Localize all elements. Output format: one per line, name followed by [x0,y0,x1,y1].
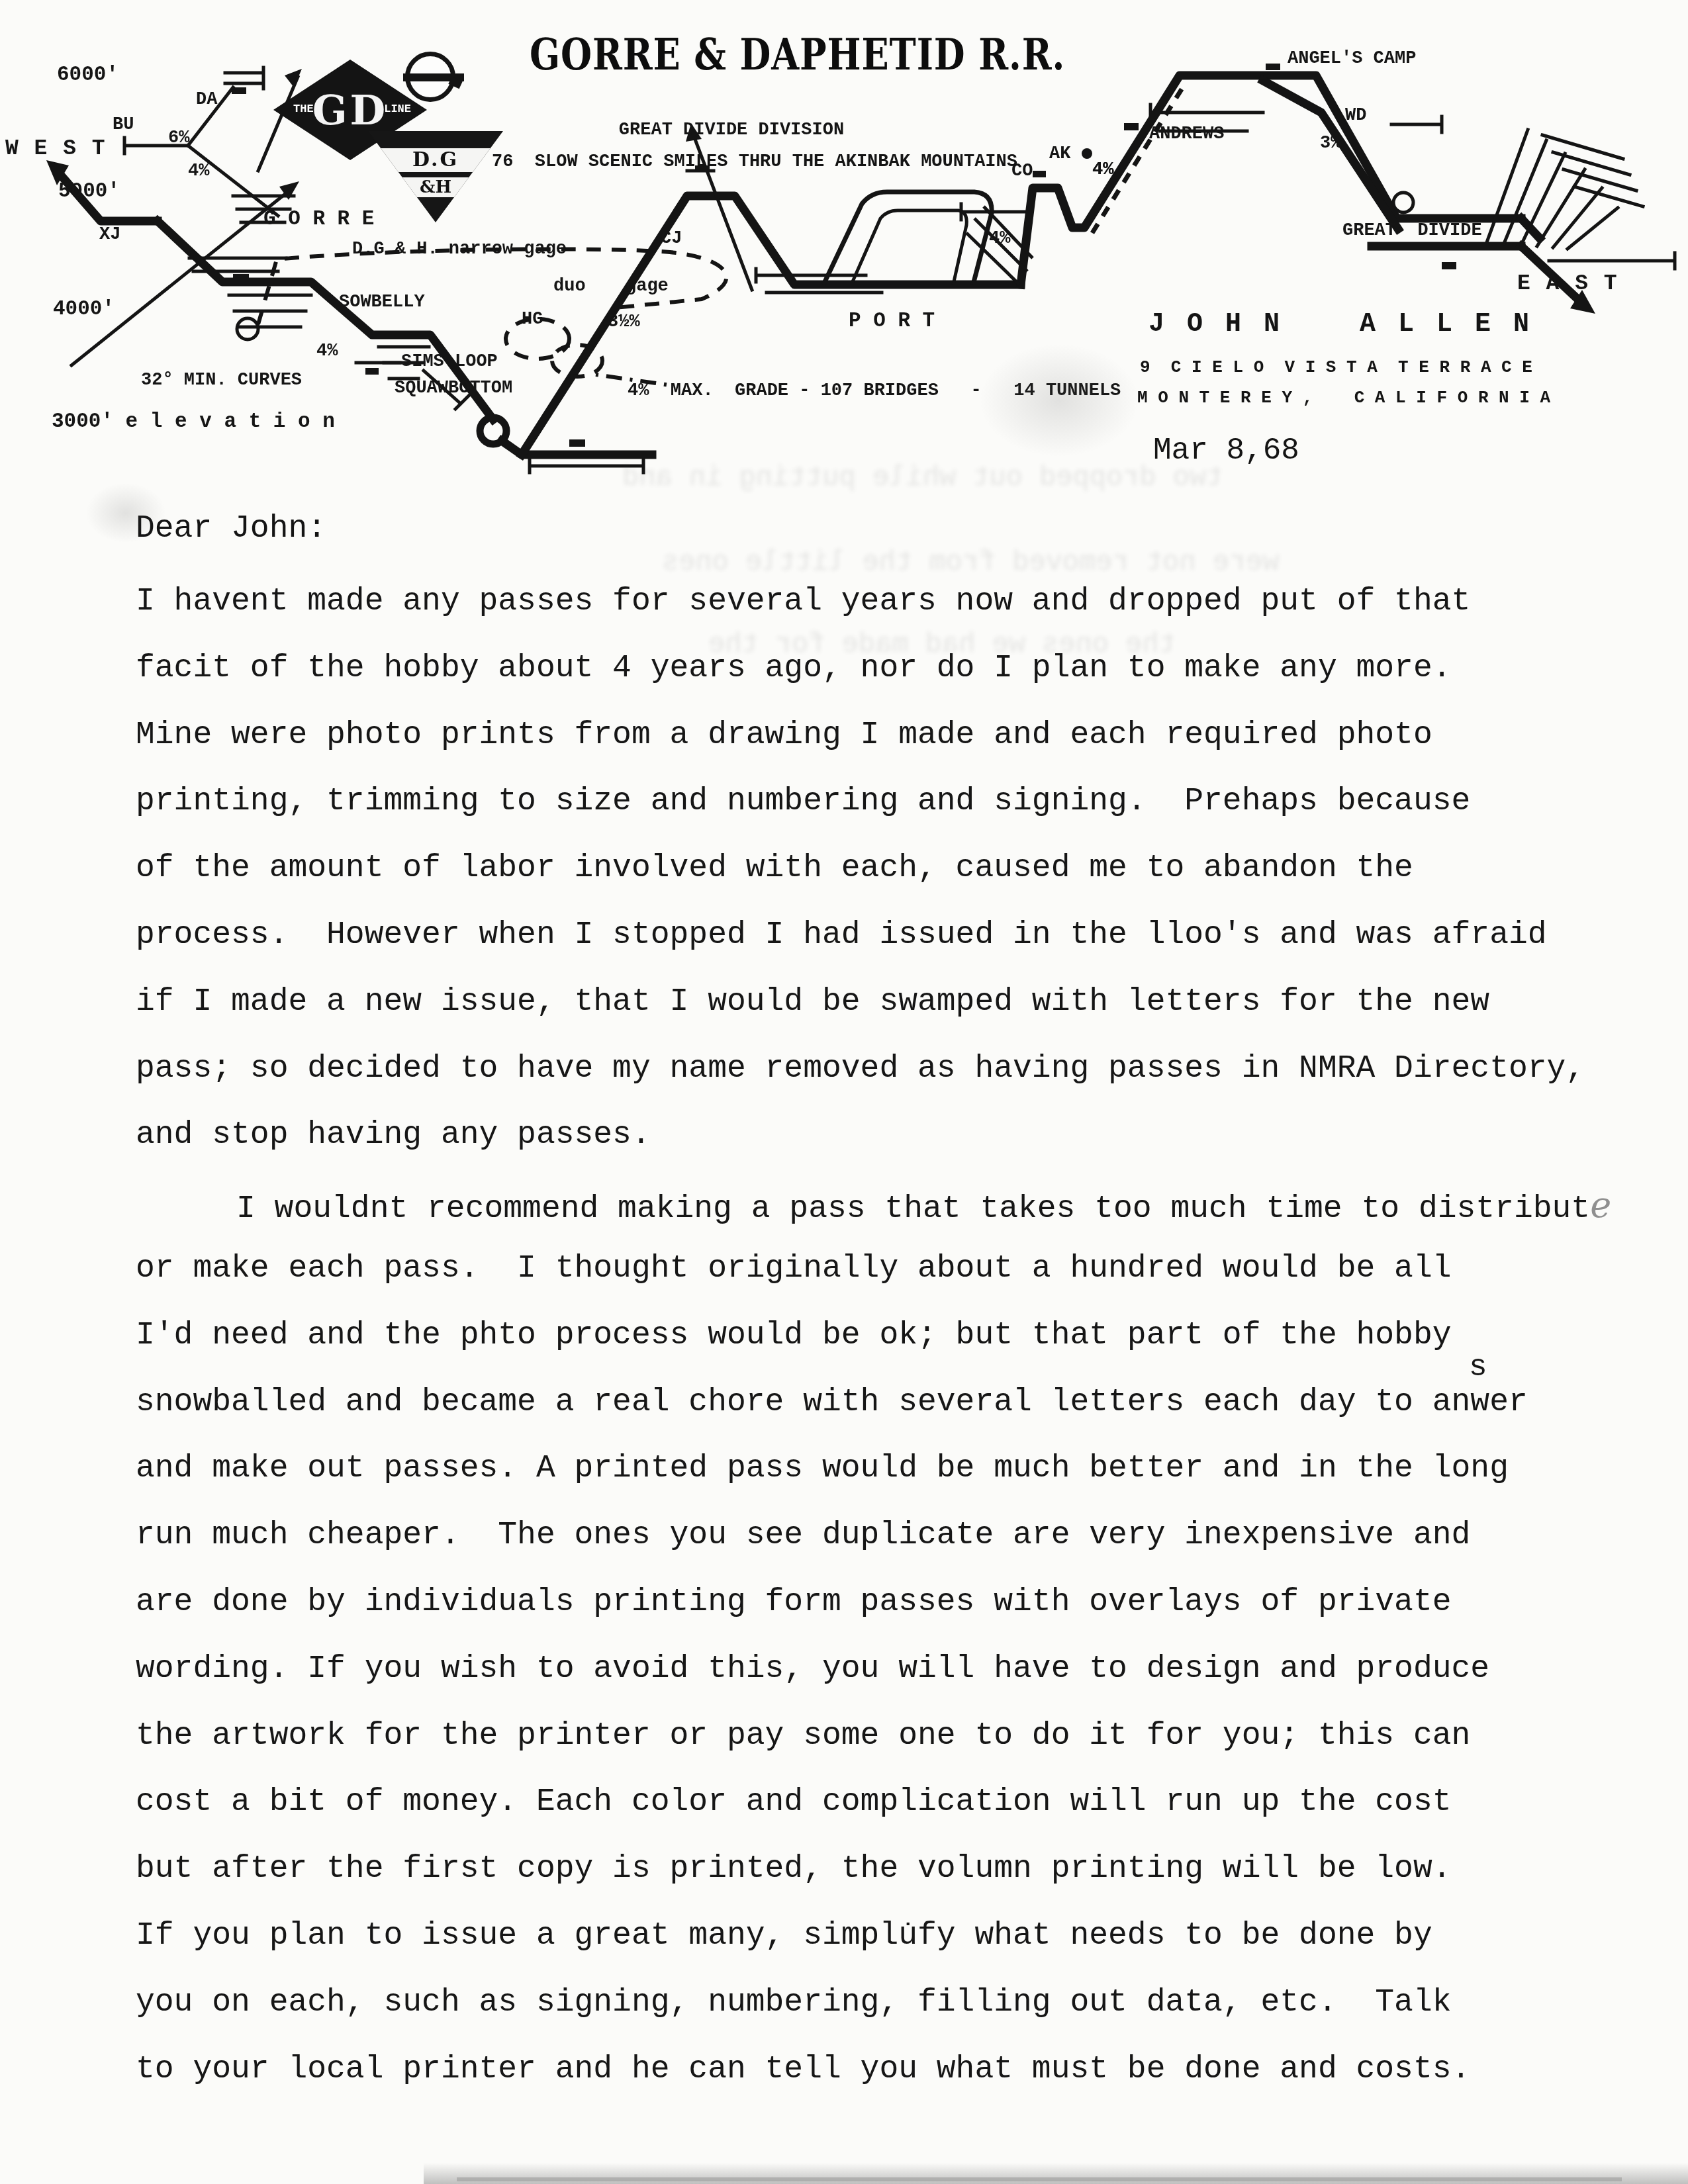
letter-line: to your local printer and he can tell yo… [136,2052,1688,2118]
gauge-emblem-icon [405,52,455,102]
letter-line: Mine were photo prints from a drawing I … [136,717,1688,784]
elevation-6000-label: 6000' [57,64,118,87]
station-da-label: DA [196,90,217,110]
letter-line: are done by individuals printing form pa… [136,1584,1688,1651]
letter-line-text: I wouldnt recommend making a pass that t… [236,1191,1590,1227]
grade-4pct-sowbelly-label: 4% [316,341,338,361]
slogan-line: 76 SLOW SCENIC SMILES THRU THE AKINBAK M… [463,152,1046,172]
letter-line: and stop having any passes. [136,1117,1688,1184]
gorre-turntable-symbol [237,318,258,340]
bleed-through-text: the ones we had made for the [708,629,1176,660]
andrews-dual-track-dashed [1092,86,1184,233]
elevation-5000-label: 5000' [58,180,120,203]
wye-symbol [1393,193,1413,212]
station-wd-label: WD [1345,106,1366,126]
port-roundhouse-outline [823,192,992,285]
scan-edge-line [457,2177,1622,2181]
letter-line: wording. If you wish to avoid this, you … [136,1651,1688,1718]
grade-6pct-label: 6% [168,128,189,148]
grade-3pct-label: 3% [1320,134,1341,154]
grade-4pct-da-label: 4% [188,161,209,181]
station-hg-label: HG [522,310,543,330]
gage-label: gage [626,277,669,296]
letter-line-text: snowballed and became a real chore with … [136,1385,1528,1420]
sowbelly-marker [365,368,379,375]
station-cj-label: CJ [661,229,682,249]
letter-line: run much cheaper. The ones you see dupli… [136,1518,1688,1584]
scan-smudge [86,483,165,543]
letter-line: you on each, such as signing, numbering,… [136,1985,1688,2052]
station-sowbelly-label: SOWBELLY [339,293,425,312]
station-ak-label: AK [1049,144,1070,164]
west-label: W E S T [5,136,107,161]
bleed-through-text: were not removed from the little ones [662,547,1280,578]
station-squawbottom-label: SQUAWBOTTOM [395,379,512,398]
squawbottom-marker [569,439,585,447]
great-divide-fan [1487,130,1618,249]
letter-line: pass; so decided to have my name removed… [136,1051,1688,1118]
letter-line: I wouldnt recommend making a pass that t… [136,1184,1688,1251]
herald-line-label: LINE [384,103,411,116]
letter-line: the artwork for the printer or pay some … [136,1718,1688,1785]
station-angels-camp-label: ANGEL'S CAMP [1288,49,1416,69]
min-curves-label: 32° MIN. CURVES [141,371,302,390]
squawbottom-sidings [473,459,643,477]
andrews-climb-profile [1021,75,1521,285]
letter-line: if I made a new issue, that I would be s… [136,984,1688,1051]
letter-line: and make out passes. A printed pass woul… [136,1451,1688,1518]
station-bu-label: BU [113,115,134,135]
cj-climb-port-level [522,196,1021,455]
grade-4pct-port-label: 4% [989,229,1010,249]
letter-line: I'd need and the phto process would be o… [136,1318,1688,1385]
da-arrow-line [258,77,298,171]
faint-correction-e: e [1590,1184,1611,1226]
owner-street-address: 9 C I E L O V I S T A T E R R A C E [1140,357,1532,377]
bleed-through-text: two dropped out while putting in and [622,462,1223,494]
inserted-s-correction: s [1469,1351,1487,1383]
angels-camp-marker [1266,64,1280,70]
elevation-4000-label: 4000' [53,298,115,321]
letter-body: I havent made any passes for several yea… [136,584,1688,2118]
station-sims-loop-label: SIMS LOOP [401,352,498,372]
letter-line: or make each pass. I thought originally … [136,1251,1688,1318]
station-co-label: CO [1011,161,1033,181]
xj-arrow-line [71,188,293,365]
letter-line: but after the first copy is printed, the… [136,1851,1688,1918]
andrews-marker [1124,123,1139,130]
division-subtitle: GREAT DIVIDE DIVISION [500,120,963,140]
letter-line: of the amount of labor involved with eac… [136,850,1688,917]
owner-city-address: M O N T E R E Y , C A L I F O R N I A [1137,388,1550,408]
letter-line: printing, trimming to size and numbering… [136,784,1688,850]
scan-smudge [980,344,1139,457]
narrow-gage-label: D.G.& H. narrow gage [352,240,567,259]
wd-siding [1391,116,1442,132]
station-xj-label: XJ [99,225,120,245]
grade-4pct-climb-label: 4% [1092,160,1113,180]
ak-marker [1082,148,1092,159]
letter-line: snowballed and became a real chore with … [136,1385,1688,1451]
letter-line: If you plan to issue a great many, simpl… [136,1918,1688,1985]
port-roundhouse-inner [851,210,966,285]
great-divide-lead [1549,253,1675,269]
station-port-label: P O R T [849,310,935,333]
letter-line: cost a bit of money. Each color and comp… [136,1784,1688,1851]
elevation-3000-label: 3000' e l e v a t i o n [52,410,335,433]
owner-name: J O H N A L L E N [1149,310,1532,340]
station-great-divide-label: GREAT DIVIDE [1342,221,1482,241]
east-label: E A S T [1517,271,1618,296]
letter-line: process. However when I stopped I had is… [136,917,1688,984]
railroad-title: GORRE & DAPHETID R.R. [530,30,1065,80]
station-andrews-label: ANDREWS [1149,124,1224,144]
duo-label: duo [553,277,586,296]
great-divide-marker [1442,262,1456,269]
grade-3half-label: 3½% [608,312,640,332]
scanned-letter-page: { "letterhead": { "railroad_name": "GORR… [0,0,1688,2184]
gorre-marker [233,274,249,281]
station-gorre-label: G O R R E [263,208,374,231]
